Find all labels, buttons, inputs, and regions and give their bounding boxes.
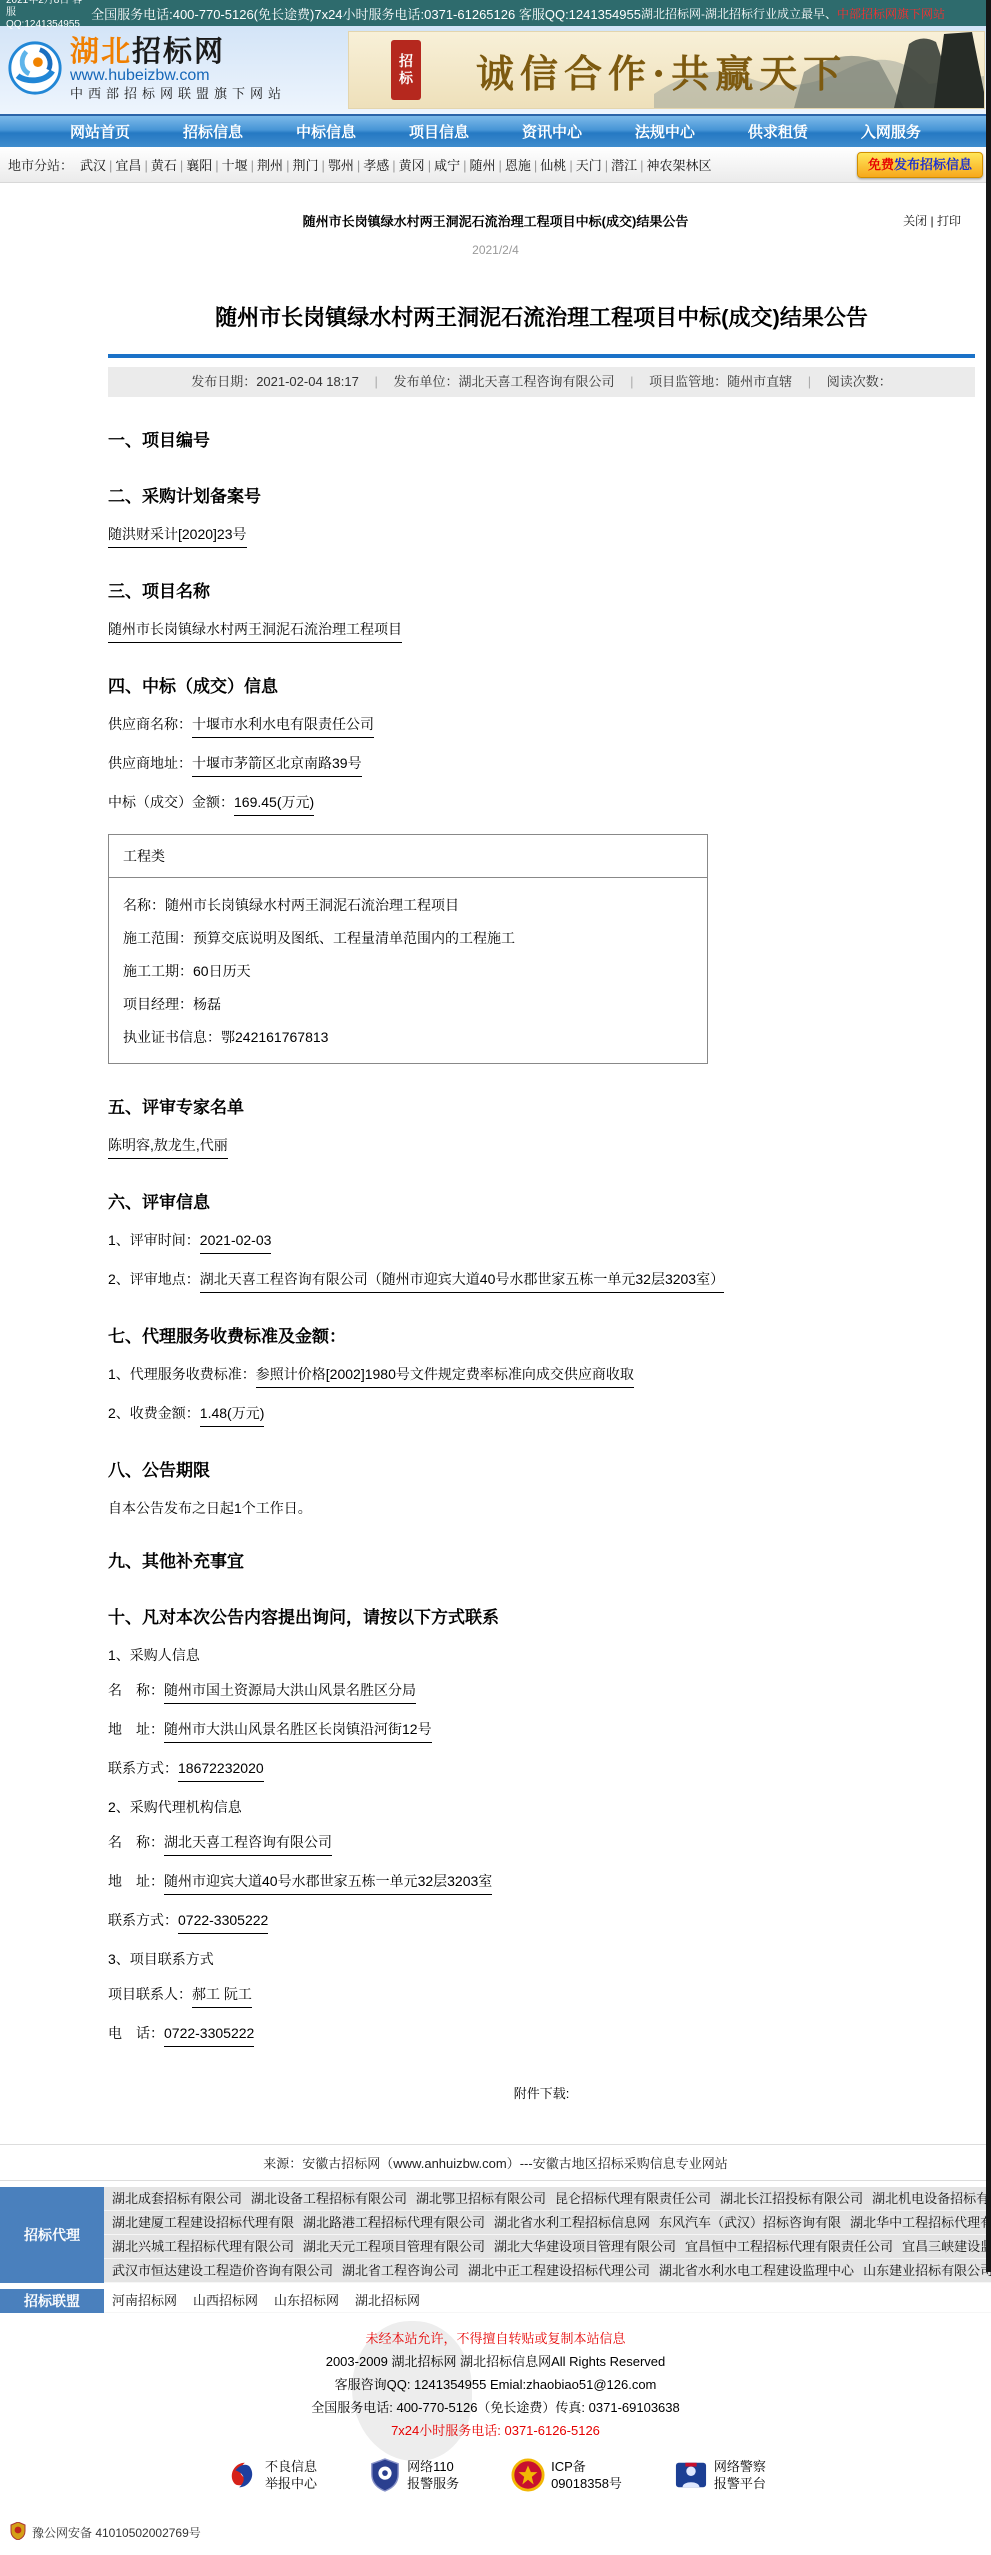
badge-label-line1: 网络警察 xyxy=(714,2458,766,2475)
city-bar-label: 地市分站： xyxy=(8,155,73,174)
field-value-underlined: 随州市国土资源局大洪山风景名胜区分局 xyxy=(164,1681,416,1704)
field-value-underlined: 0722-3305222 xyxy=(178,1911,268,1934)
badge-label: 不良信息举报中心 xyxy=(265,2458,317,2492)
agency-link[interactable]: 湖北大华建设项目管理有限公司 xyxy=(494,2239,676,2254)
section-paragraph: 供应商名称：十堰市水利水电有限责任公司 xyxy=(108,715,975,738)
section-heading: 六、评审信息 xyxy=(108,1191,975,1215)
top-utility-bar: 2021年2月8日 客服 QQ:1241354955 全国服务电话:400-77… xyxy=(0,0,991,26)
table-detail-line: 施工工期：60日历天 xyxy=(123,962,693,981)
badge-label: 网络警察报警平台 xyxy=(714,2458,766,2492)
badge-network-110[interactable]: 网络110报警服务 xyxy=(369,2458,459,2492)
field-label: 供应商名称： xyxy=(108,716,192,732)
badge-label-line1: ICP备 xyxy=(551,2458,622,2475)
table-category-cell: 工程类 xyxy=(109,835,707,878)
logo-swoosh-icon xyxy=(6,39,64,102)
section-paragraph: 项目联系人：郝工 阮工 xyxy=(108,1985,975,2008)
meta-views: 阅读次数： xyxy=(827,374,892,389)
meta-publish-date: 发布日期：2021-02-04 18:17 xyxy=(191,374,359,389)
city-link-9[interactable]: 孝感 xyxy=(363,158,389,173)
topbar-site-claim: 湖北招标网-湖北招标行业成立最早、中部招标网旗下网站 xyxy=(641,5,945,22)
city-link-4[interactable]: 襄阳 xyxy=(186,158,212,173)
section-paragraph: 供应商地址：十堰市茅箭区北京南路39号 xyxy=(108,754,975,777)
section-heading: 九、其他补充事宜 xyxy=(108,1550,975,1574)
action-separator: | xyxy=(931,214,934,228)
agency-link-rows: 湖北成套招标有限公司湖北设备工程招标有限公司湖北鄂卫招标有限公司昆仑招标代理有限… xyxy=(104,2187,991,2283)
field-value-underlined: 随州市迎宾大道40号水郡世家五栋一单元32层3203室 xyxy=(164,1872,492,1895)
nav-item-7[interactable]: 供求租赁 xyxy=(748,121,808,142)
header-banner: 招 标 诚信合作·共赢天下 xyxy=(348,31,985,109)
alliance-row: 河南招标网山西招标网山东招标网湖北招标网 xyxy=(104,2289,991,2313)
browser-edge xyxy=(986,0,991,2272)
close-link[interactable]: 关闭 xyxy=(903,214,927,228)
city-separator: | xyxy=(499,158,502,173)
field-label: 名 称： xyxy=(108,1682,164,1698)
logo-site-name: 湖北招标网 xyxy=(70,37,286,67)
field-label: 地 址： xyxy=(108,1721,164,1737)
field-value: 自本公告发布之日起1个工作日。 xyxy=(108,1500,312,1516)
section-paragraph: 地 址：随州市大洪山风景名胜区长岗镇沿河街12号 xyxy=(108,1720,975,1743)
article-title: 随州市长岗镇绿水村两王洞泥石流治理工程项目中标(成交)结果公告 xyxy=(108,301,975,332)
table-detail-line: 名称：随州市长岗镇绿水村两王洞泥石流治理工程项目 xyxy=(123,896,693,915)
city-separator: | xyxy=(463,158,466,173)
source-line: 来源：安徽古招标网（www.anhuizbw.com）---安徽古地区招标采购信… xyxy=(0,2144,991,2181)
city-link-5[interactable]: 十堰 xyxy=(222,158,248,173)
announcement-article: 随州市长岗镇绿水村两王洞泥石流治理工程项目中标(成交)结果公告 发布日期：202… xyxy=(108,301,975,2102)
icp-icon xyxy=(511,2458,545,2492)
city-separator: | xyxy=(428,158,431,173)
badge-report-center[interactable]: 不良信息举报中心 xyxy=(225,2458,317,2492)
free-publish-button-red: 免费 xyxy=(868,157,894,172)
city-link-10[interactable]: 黄冈 xyxy=(399,158,425,173)
section-paragraph: 2、采购代理机构信息 xyxy=(108,1798,975,1817)
agency-block-label: 招标代理 xyxy=(0,2187,104,2283)
field-value: 2、采购代理机构信息 xyxy=(108,1799,242,1815)
section-paragraph: 1、代理服务收费标准：参照计价格[2002]1980号文件规定费率标准向成交供应… xyxy=(108,1365,975,1388)
section-paragraph: 地 址：随州市迎宾大道40号水郡世家五栋一单元32层3203室 xyxy=(108,1872,975,1895)
alliance-link[interactable]: 山东招标网 xyxy=(274,2293,339,2308)
agency-link[interactable]: 昆仑招标代理有限责任公司 xyxy=(555,2191,711,2206)
agency-link[interactable]: 湖北省水利水电工程建设监理中心 xyxy=(659,2263,854,2278)
page-title-small: 随州市长岗镇绿水村两王洞泥石流治理工程项目中标(成交)结果公告 xyxy=(303,214,689,229)
alliance-block-label: 招标联盟 xyxy=(0,2289,104,2313)
city-separator: | xyxy=(640,158,643,173)
topbar-date-qq: 2021年2月8日 客服 QQ:1241354955 xyxy=(6,0,91,31)
table-detail-line: 执业证书信息：鄂242161767813 xyxy=(123,1028,693,1047)
agency-row-1: 湖北成套招标有限公司湖北设备工程招标有限公司湖北鄂卫招标有限公司昆仑招标代理有限… xyxy=(104,2187,991,2211)
agency-link[interactable]: 湖北中正工程建设招标代理公司 xyxy=(468,2263,650,2278)
banner-slogan: 诚信合作·共赢天下 xyxy=(476,43,847,98)
field-value-underlined: 参照计价格[2002]1980号文件规定费率标准向成交供应商收取 xyxy=(256,1365,634,1388)
city-link-13[interactable]: 恩施 xyxy=(505,158,531,173)
city-separator: | xyxy=(605,158,608,173)
field-label: 供应商地址： xyxy=(108,755,192,771)
agency-link[interactable]: 宜昌三峡建设监理公司 xyxy=(902,2239,991,2254)
logo-subtitle: 中西部招标网联盟旗下网站 xyxy=(70,85,286,103)
field-label: 1、评审时间： xyxy=(108,1232,200,1248)
section-paragraph: 陈明容,敖龙生,代丽 xyxy=(108,1136,975,1159)
meta-region: 项目监管地：随州市直辖 xyxy=(649,374,792,389)
copyright-line: 2003-2009 湖北招标网 湖北招标信息网All Rights Reserv… xyxy=(0,2350,991,2373)
nav-item-1[interactable]: 网站首页 xyxy=(70,121,130,142)
meta-separator: | xyxy=(630,374,633,389)
field-value-underlined: 湖北天喜工程咨询有限公司 xyxy=(164,1833,332,1856)
nav-item-2[interactable]: 招标信息 xyxy=(183,121,243,142)
page-head: 随州市长岗镇绿水村两王洞泥石流治理工程项目中标(成交)结果公告 关闭 | 打印 xyxy=(0,211,991,227)
free-publish-button[interactable]: 免费发布招标信息 xyxy=(857,152,983,178)
badge-label: ICP备09018358号 xyxy=(551,2458,622,2492)
field-value-underlined: 0722-3305222 xyxy=(164,2024,254,2047)
page-date: 2021/2/4 xyxy=(0,243,991,257)
certification-badges: 不良信息举报中心网络110报警服务ICP备09018358号网络警察报警平台 xyxy=(0,2458,991,2492)
section-paragraph: 随州市长岗镇绿水村两王洞泥石流治理工程项目 xyxy=(108,620,975,643)
alliance-link-block: 招标联盟 河南招标网山西招标网山东招标网湖北招标网 xyxy=(0,2289,991,2313)
phone-fax-line: 全国服务电话: 400-770-5126（免长途费）传真: 0371-69103… xyxy=(0,2396,991,2419)
network-110-icon xyxy=(369,2458,401,2492)
city-separator: | xyxy=(357,158,360,173)
topbar-site-claim-plain: 湖北招标网-湖北招标行业成立最早、 xyxy=(641,7,837,21)
section-paragraph: 2、评审地点：湖北天喜工程咨询有限公司（随州市迎宾大道40号水郡世家五栋一单元3… xyxy=(108,1270,975,1293)
agency-link[interactable]: 湖北机电设备招标有限公司 xyxy=(872,2191,991,2206)
city-link-16[interactable]: 潜江 xyxy=(611,158,637,173)
logo-text: 湖北招标网 www.hubeizbw.com 中西部招标网联盟旗下网站 xyxy=(70,37,286,103)
agency-link[interactable]: 湖北路港工程招标代理有限公司 xyxy=(303,2215,485,2230)
article-meta-bar: 发布日期：2021-02-04 18:17 | 发布单位：湖北天喜工程咨询有限公… xyxy=(108,367,975,397)
badge-cyber-police[interactable]: 网络警察报警平台 xyxy=(674,2458,766,2492)
nav-item-8[interactable]: 入网服务 xyxy=(861,121,921,142)
field-value-underlined: 1.48(万元) xyxy=(200,1404,265,1427)
field-value-underlined: 十堰市水利水电有限责任公司 xyxy=(192,715,374,738)
seal-char-1: 招 xyxy=(399,53,413,70)
alliance-link[interactable]: 山西招标网 xyxy=(193,2293,258,2308)
section-heading: 八、公告期限 xyxy=(108,1459,975,1483)
field-label: 联系方式： xyxy=(108,1760,178,1776)
nav-item-4[interactable]: 项目信息 xyxy=(409,121,469,142)
section-paragraph: 随洪财采计[2020]23号 xyxy=(108,525,975,548)
article-sections: 一、项目编号二、采购计划备案号随洪财采计[2020]23号三、项目名称随州市长岗… xyxy=(108,429,975,2047)
meta-separator: | xyxy=(374,374,377,389)
city-branch-bar: 地市分站： 武汉|宜昌|黄石|襄阳|十堰|荆州|荆门|鄂州|孝感|黄冈|咸宁|随… xyxy=(0,147,991,183)
city-link-2[interactable]: 宜昌 xyxy=(115,158,141,173)
city-separator: | xyxy=(144,158,147,173)
title-divider xyxy=(108,354,975,358)
city-separator: | xyxy=(109,158,112,173)
field-value-underlined: 169.45(万元) xyxy=(234,793,314,816)
section-paragraph: 名 称：随州市国土资源局大洪山风景名胜区分局 xyxy=(108,1681,975,1704)
cyber-police-icon xyxy=(674,2459,708,2491)
agency-row-2: 湖北建厦工程建设招标代理有限湖北路港工程招标代理有限公司湖北省水利工程招标信息网… xyxy=(104,2211,991,2235)
site-header: 湖北招标网 www.hubeizbw.com 中西部招标网联盟旗下网站 招 标 … xyxy=(0,26,991,114)
field-label: 2、收费金额： xyxy=(108,1405,200,1421)
agency-link[interactable]: 湖北成套招标有限公司 xyxy=(112,2191,242,2206)
city-link-15[interactable]: 天门 xyxy=(576,158,602,173)
report-center-icon xyxy=(225,2458,259,2492)
agency-link[interactable]: 湖北建厦工程建设招标代理有限 xyxy=(112,2215,294,2230)
table-detail-cell: 名称：随州市长岗镇绿水村两王洞泥石流治理工程项目施工范围：预算交底说明及图纸、工… xyxy=(109,878,707,1063)
city-link-1[interactable]: 武汉 xyxy=(80,158,106,173)
nav-item-3[interactable]: 中标信息 xyxy=(296,121,356,142)
city-separator: | xyxy=(286,158,289,173)
city-list: 武汉|宜昌|黄石|襄阳|十堰|荆州|荆门|鄂州|孝感|黄冈|咸宁|随州|恩施|仙… xyxy=(77,155,715,174)
city-link-3[interactable]: 黄石 xyxy=(151,158,177,173)
section-heading: 七、代理服务收费标准及金额： xyxy=(108,1325,975,1349)
topbar-service-phone: 全国服务电话:400-770-5126(免长途费)7x24小时服务电话:0371… xyxy=(91,4,641,23)
field-label: 1、代理服务收费标准： xyxy=(108,1366,256,1382)
print-link[interactable]: 打印 xyxy=(937,214,961,228)
field-value-underlined: 2021-02-03 xyxy=(200,1231,272,1254)
field-value-underlined: 随州市大洪山风景名胜区长岗镇沿河街12号 xyxy=(164,1720,432,1743)
badge-label-line2: 报警服务 xyxy=(407,2475,459,2492)
agency-link[interactable]: 湖北华中工程招标代理有限公司 xyxy=(850,2215,991,2230)
free-publish-button-blue: 发布招标信息 xyxy=(894,157,972,172)
main-nav: 网站首页招标信息中标信息项目信息资讯中心法规中心供求租赁入网服务 xyxy=(0,114,991,147)
meta-separator: | xyxy=(808,374,811,389)
agency-link-block: 招标代理 湖北成套招标有限公司湖北设备工程招标有限公司湖北鄂卫招标有限公司昆仑招… xyxy=(0,2187,991,2283)
hotline-line: 7x24小时服务电话: 0371-6126-5126 xyxy=(0,2419,991,2442)
field-label: 电 话： xyxy=(108,2025,164,2041)
section-heading: 五、评审专家名单 xyxy=(108,1096,975,1120)
city-separator: | xyxy=(392,158,395,173)
section-paragraph: 2、收费金额：1.48(万元) xyxy=(108,1404,975,1427)
table-detail-line: 项目经理：杨磊 xyxy=(123,995,693,1014)
field-value-underlined: 18672232020 xyxy=(178,1759,264,1782)
field-value-underlined: 陈明容,敖龙生,代丽 xyxy=(108,1136,228,1159)
city-separator: | xyxy=(534,158,537,173)
bid-seal-icon: 招 标 xyxy=(391,40,421,100)
agency-link[interactable]: 宜昌恒中工程招标代理有限责任公司 xyxy=(685,2239,893,2254)
police-registration: 豫公网安备 41010502002769号 xyxy=(10,2522,991,2543)
agency-link[interactable]: 湖北设备工程招标有限公司 xyxy=(251,2191,407,2206)
topbar-site-claim-red: 中部招标网旗下网站 xyxy=(837,7,945,21)
alliance-link-rows: 河南招标网山西招标网山东招标网湖北招标网 xyxy=(104,2289,991,2313)
badge-label-line1: 网络110 xyxy=(407,2458,459,2475)
agency-link[interactable]: 武汉市恒达建设工程造价咨询有限公司 xyxy=(112,2263,333,2278)
field-value-underlined: 十堰市茅箭区北京南路39号 xyxy=(192,754,362,777)
section-heading: 三、项目名称 xyxy=(108,580,975,604)
badge-label: 网络110报警服务 xyxy=(407,2458,459,2492)
logo-site-url: www.hubeizbw.com xyxy=(70,67,286,85)
badge-label-line2: 报警平台 xyxy=(714,2475,766,2492)
agency-link[interactable]: 湖北兴城工程招标代理有限公司 xyxy=(112,2239,294,2254)
section-paragraph: 自本公告发布之日起1个工作日。 xyxy=(108,1499,975,1518)
award-detail-table: 工程类名称：随州市长岗镇绿水村两王洞泥石流治理工程项目施工范围：预算交底说明及图… xyxy=(108,834,708,1064)
section-heading: 一、项目编号 xyxy=(108,429,975,453)
badge-label-line2: 09018358号 xyxy=(551,2475,622,2492)
agency-row-3: 湖北兴城工程招标代理有限公司湖北天元工程项目管理有限公司湖北大华建设项目管理有限… xyxy=(104,2235,991,2259)
city-separator: | xyxy=(569,158,572,173)
field-value: 1、采购人信息 xyxy=(108,1647,200,1663)
logo-name-black: 招标网 xyxy=(132,36,225,68)
city-link-8[interactable]: 鄂州 xyxy=(328,158,354,173)
attachment-download-label: 附件下载: xyxy=(108,2083,975,2102)
agency-link[interactable]: 湖北长江招投标有限公司 xyxy=(720,2191,863,2206)
section-paragraph: 电 话：0722-3305222 xyxy=(108,2024,975,2047)
section-heading: 十、凡对本次公告内容提出询问，请按以下方式联系 xyxy=(108,1606,975,1630)
city-link-11[interactable]: 咸宁 xyxy=(434,158,460,173)
field-value: 3、项目联系方式 xyxy=(108,1951,214,1967)
agency-link[interactable]: 湖北鄂卫招标有限公司 xyxy=(416,2191,546,2206)
topbar-qq: QQ:1241354955 xyxy=(6,19,91,31)
field-label: 2、评审地点： xyxy=(108,1271,200,1287)
field-value-underlined: 随洪财采计[2020]23号 xyxy=(108,525,247,548)
police-badge-icon xyxy=(10,2522,26,2543)
section-paragraph: 名 称：湖北天喜工程咨询有限公司 xyxy=(108,1833,975,1856)
field-label: 名 称： xyxy=(108,1834,164,1850)
copyright-block: 未经本站允许，不得擅自转贴或复制本站信息 2003-2009 湖北招标网 湖北招… xyxy=(0,2327,991,2442)
field-label: 地 址： xyxy=(108,1873,164,1889)
section-paragraph: 1、采购人信息 xyxy=(108,1646,975,1665)
qq-email-line: 客服咨询QQ: 1241354955 Emial:zhaobiao51@126.… xyxy=(0,2373,991,2396)
city-separator: | xyxy=(180,158,183,173)
agency-link[interactable]: 湖北省水利工程招标信息网 xyxy=(494,2215,650,2230)
nav-item-6[interactable]: 法规中心 xyxy=(635,121,695,142)
badge-icp[interactable]: ICP备09018358号 xyxy=(511,2458,622,2492)
city-link-14[interactable]: 仙桃 xyxy=(540,158,566,173)
badge-label-line2: 举报中心 xyxy=(265,2475,317,2492)
city-link-12[interactable]: 随州 xyxy=(469,158,495,173)
section-paragraph: 联系方式：0722-3305222 xyxy=(108,1911,975,1934)
field-value-underlined: 郝工 阮工 xyxy=(192,1985,252,2008)
section-paragraph: 联系方式：18672232020 xyxy=(108,1759,975,1782)
section-paragraph: 3、项目联系方式 xyxy=(108,1950,975,1969)
field-value-underlined: 随州市长岗镇绿水村两王洞泥石流治理工程项目 xyxy=(108,620,402,643)
city-link-17[interactable]: 神农架林区 xyxy=(647,158,712,173)
seal-char-2: 标 xyxy=(399,70,413,87)
copy-notice-red: 未经本站允许，不得擅自转贴或复制本站信息 xyxy=(0,2327,991,2350)
city-separator: | xyxy=(251,158,254,173)
nav-item-5[interactable]: 资讯中心 xyxy=(522,121,582,142)
alliance-link[interactable]: 河南招标网 xyxy=(112,2293,177,2308)
agency-link[interactable]: 东风汽车（武汉）招标咨询有限 xyxy=(659,2215,841,2230)
agency-row-4: 武汉市恒达建设工程造价咨询有限公司湖北省工程咨询公司湖北中正工程建设招标代理公司… xyxy=(104,2259,991,2283)
topbar-date: 2021年2月8日 客服 xyxy=(6,0,91,19)
logo-name-orange: 湖北 xyxy=(70,36,132,68)
police-registration-text: 豫公网安备 41010502002769号 xyxy=(32,2524,201,2541)
site-logo[interactable]: 湖北招标网 www.hubeizbw.com 中西部招标网联盟旗下网站 xyxy=(6,37,348,103)
field-label: 联系方式： xyxy=(108,1912,178,1928)
city-separator: | xyxy=(321,158,324,173)
field-label: 中标（成交）金额： xyxy=(108,794,234,810)
page-actions: 关闭 | 打印 xyxy=(903,212,961,229)
field-label: 项目联系人： xyxy=(108,1986,192,2002)
section-paragraph: 中标（成交）金额：169.45(万元) xyxy=(108,793,975,816)
section-heading: 四、中标（成交）信息 xyxy=(108,675,975,699)
agency-link[interactable]: 山东建业招标有限公司等 xyxy=(863,2263,991,2278)
badge-label-line1: 不良信息 xyxy=(265,2458,317,2475)
agency-link[interactable]: 湖北天元工程项目管理有限公司 xyxy=(303,2239,485,2254)
section-paragraph: 1、评审时间：2021-02-03 xyxy=(108,1231,975,1254)
alliance-link[interactable]: 湖北招标网 xyxy=(355,2293,420,2308)
meta-publisher: 发布单位：湖北天喜工程咨询有限公司 xyxy=(393,374,614,389)
table-detail-line: 施工范围：预算交底说明及图纸、工程量清单范围内的工程施工 xyxy=(123,929,693,948)
field-value-underlined: 湖北天喜工程咨询有限公司（随州市迎宾大道40号水郡世家五栋一单元32层3203室… xyxy=(200,1270,724,1293)
agency-link[interactable]: 湖北省工程咨询公司 xyxy=(342,2263,459,2278)
city-link-6[interactable]: 荆州 xyxy=(257,158,283,173)
city-separator: | xyxy=(215,158,218,173)
city-link-7[interactable]: 荆门 xyxy=(292,158,318,173)
section-heading: 二、采购计划备案号 xyxy=(108,485,975,509)
